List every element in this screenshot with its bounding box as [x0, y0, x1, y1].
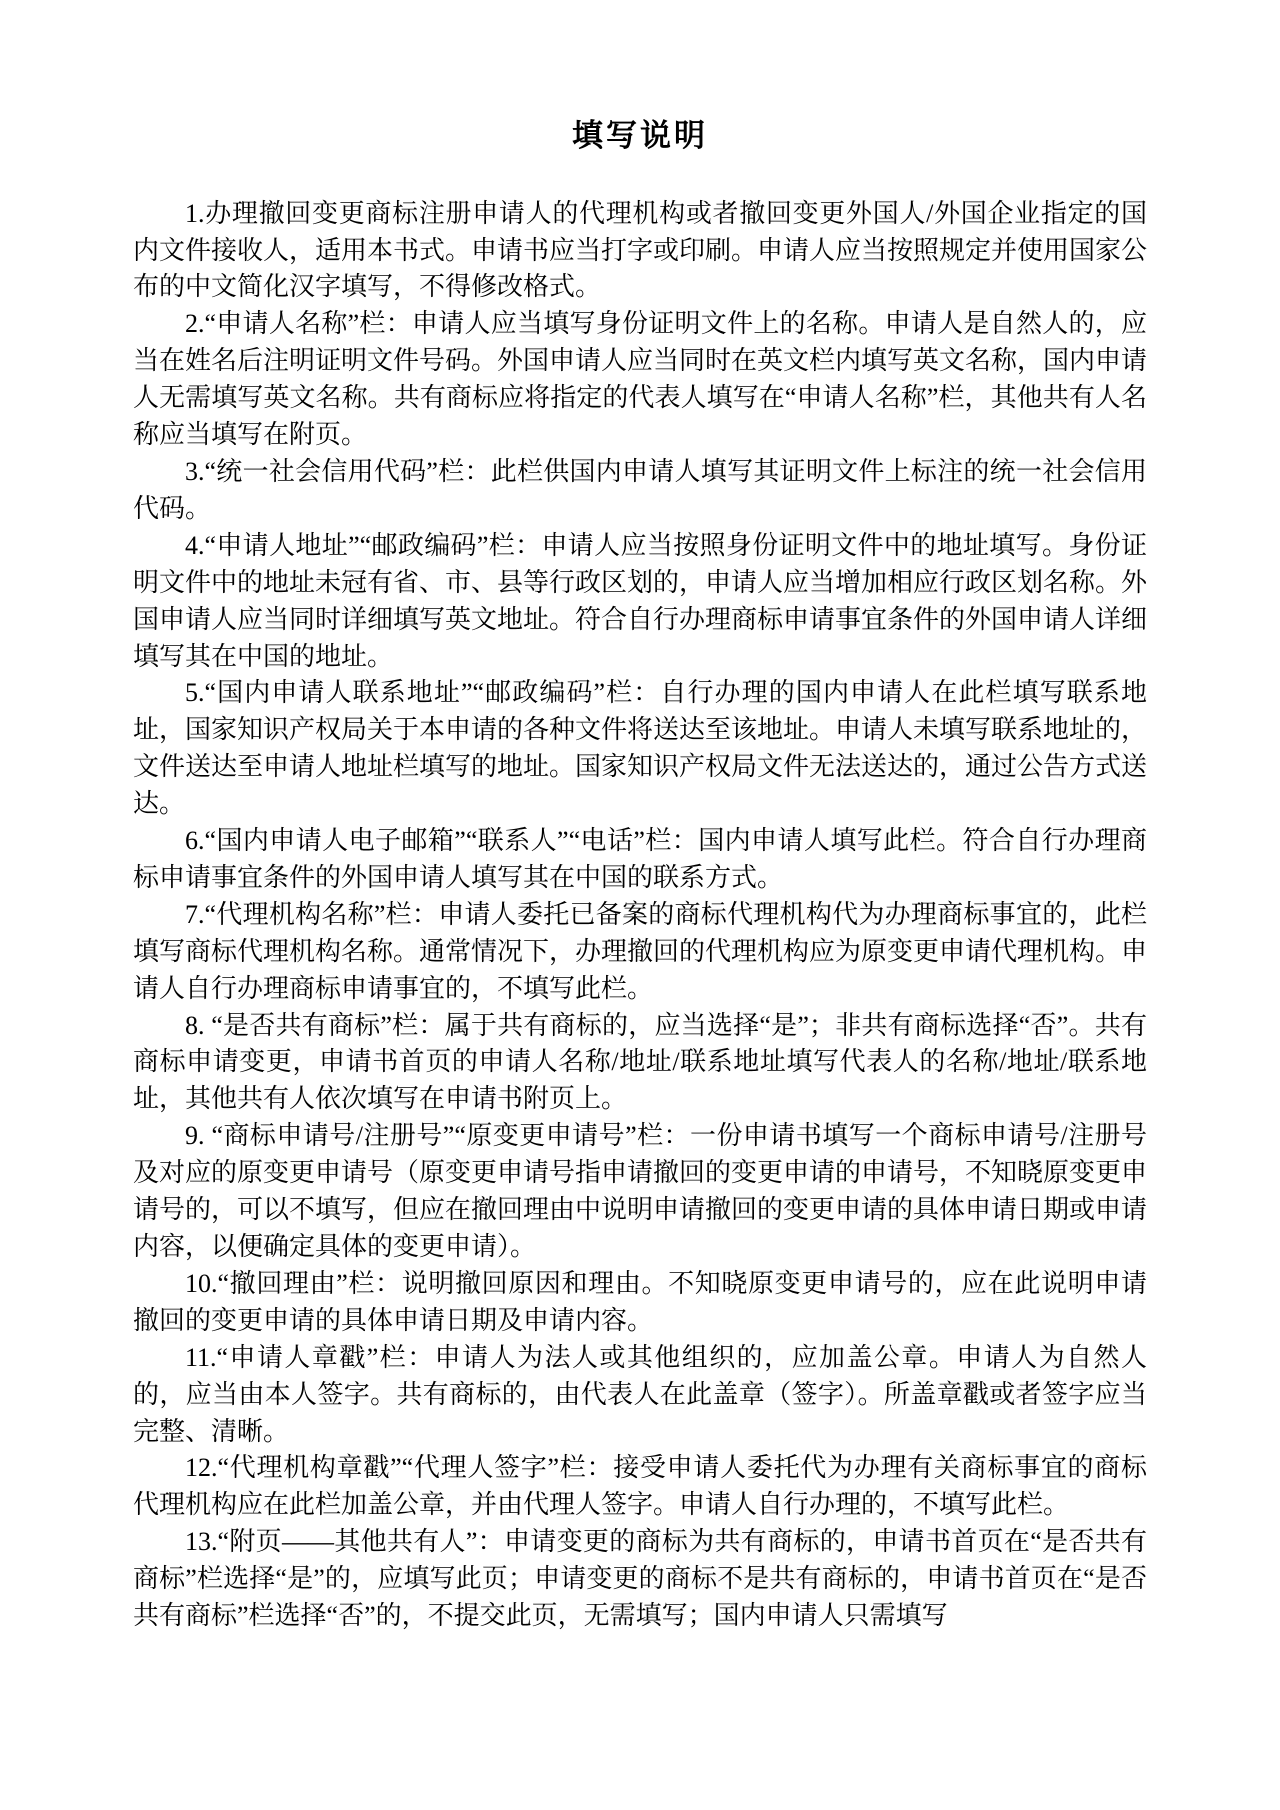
- instruction-paragraph-2: 2.“申请人名称”栏：申请人应当填写身份证明文件上的名称。申请人是自然人的，应当…: [133, 306, 1147, 454]
- instruction-paragraph-7: 7.“代理机构名称”栏：申请人委托已备案的商标代理机构代为办理商标事宜的，此栏填…: [133, 897, 1147, 1008]
- instructions-body: 1.办理撤回变更商标注册申请人的代理机构或者撤回变更外国人/外国企业指定的国内文…: [133, 196, 1147, 1635]
- instruction-paragraph-11: 11.“申请人章戳”栏：申请人为法人或其他组织的，应加盖公章。申请人为自然人的，…: [133, 1340, 1147, 1451]
- instruction-paragraph-9: 9. “商标申请号/注册号”“原变更申请号”栏：一份申请书填写一个商标申请号/注…: [133, 1118, 1147, 1266]
- instruction-paragraph-6: 6.“国内申请人电子邮箱”“联系人”“电话”栏：国内申请人填写此栏。符合自行办理…: [133, 823, 1147, 897]
- instruction-paragraph-4: 4.“申请人地址”“邮政编码”栏：申请人应当按照身份证明文件中的地址填写。身份证…: [133, 528, 1147, 676]
- page-title: 填写说明: [133, 118, 1147, 154]
- instruction-paragraph-1: 1.办理撤回变更商标注册申请人的代理机构或者撤回变更外国人/外国企业指定的国内文…: [133, 196, 1147, 307]
- instruction-paragraph-12: 12.“代理机构章戳”“代理人签字”栏：接受申请人委托代为办理有关商标事宜的商标…: [133, 1450, 1147, 1524]
- instruction-paragraph-13: 13.“附页——其他共有人”：申请变更的商标为共有商标的，申请书首页在“是否共有…: [133, 1524, 1147, 1635]
- document-page: 填写说明 1.办理撤回变更商标注册申请人的代理机构或者撤回变更外国人/外国企业指…: [0, 0, 1280, 1810]
- instruction-paragraph-3: 3.“统一社会信用代码”栏：此栏供国内申请人填写其证明文件上标注的统一社会信用代…: [133, 454, 1147, 528]
- instruction-paragraph-10: 10.“撤回理由”栏：说明撤回原因和理由。不知晓原变更申请号的，应在此说明申请撤…: [133, 1266, 1147, 1340]
- instruction-paragraph-5: 5.“国内申请人联系地址”“邮政编码”栏：自行办理的国内申请人在此栏填写联系地址…: [133, 675, 1147, 823]
- instruction-paragraph-8: 8. “是否共有商标”栏：属于共有商标的，应当选择“是”；非共有商标选择“否”。…: [133, 1008, 1147, 1119]
